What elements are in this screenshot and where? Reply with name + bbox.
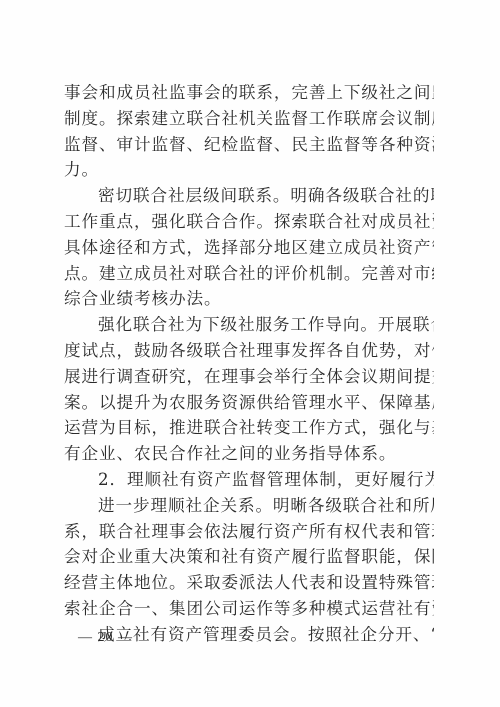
text-line: 展进行调查研究，在理事会举行全体会议期间提交有关建议方 xyxy=(64,364,434,390)
page-number: — 20 — xyxy=(78,628,133,648)
text-line: 案。以提升为农服务资源供给管理水平、保障基层服务体系建设 xyxy=(64,390,434,416)
paragraph: 密切联合社层级间联系。明确各级联合社的职责分工，突出 工作重点，强化联合合作。探… xyxy=(64,183,434,312)
text-line: 综合业绩考核办法。 xyxy=(64,286,434,312)
text-line: 工作重点，强化联合合作。探索联合社对成员社资产进行监管的 xyxy=(64,209,434,235)
paragraph: 强化联合社为下级社服务工作导向。开展联合社理事提案制 度试点，鼓励各级联合社理事… xyxy=(64,312,434,467)
text-line: 运营为目标，推进联合社转变工作方式，强化与基层供销社、社 xyxy=(64,415,434,441)
text-line: 索社企合一、集团公司运作等多种模式运营社有资产。 xyxy=(64,596,434,622)
text-line: 具体途径和方式，选择部分地区建立成员社资产管理信息系统试 xyxy=(64,235,434,261)
paragraph: 进一步理顺社企关系。明晰各级联合社和所属社有企业的关 系，联合社理事会依法履行资… xyxy=(64,493,434,622)
text-line: 强化联合社为下级社服务工作导向。开展联合社理事提案制 xyxy=(64,312,434,338)
text-line: 制度。探索建立联合社机关监督工作联席会议制度，整合监事会 xyxy=(64,106,434,132)
paragraph: 事会和成员社监事会的联系，完善上下级社之间监事会工作指导 制度。探索建立联合社机… xyxy=(64,80,434,183)
text-line: 有企业、农民合作社之间的业务指导体系。 xyxy=(64,441,434,467)
text-line: 力。 xyxy=(64,157,434,183)
section-heading: 2．理顺社有资产监督管理体制，更好履行为农服务职责。 xyxy=(64,467,434,493)
text-line: 会对企业重大决策和社有资产履行监督职能，保障社有企业市场 xyxy=(64,544,434,570)
text-line: 事会和成员社监事会的联系，完善上下级社之间监事会工作指导 xyxy=(64,80,434,106)
text-line: 进一步理顺社企关系。明晰各级联合社和所属社有企业的关 xyxy=(64,493,434,519)
document-page: 事会和成员社监事会的联系，完善上下级社之间监事会工作指导 制度。探索建立联合社机… xyxy=(0,0,500,707)
text-line: 密切联合社层级间联系。明确各级联合社的职责分工，突出 xyxy=(64,183,434,209)
body-text: 事会和成员社监事会的联系，完善上下级社之间监事会工作指导 制度。探索建立联合社机… xyxy=(64,80,434,648)
text-line: 度试点，鼓励各级联合社理事发挥各自优势，对供销合作事业发 xyxy=(64,338,434,364)
text-line: 系，联合社理事会依法履行资产所有权代表和管理者职责，监事 xyxy=(64,519,434,545)
text-line: 经营主体地位。采取委派法人代表和设置特殊管理股等办法，探 xyxy=(64,570,434,596)
text-line: 监督、审计监督、纪检监督、民主监督等各种资源，形成监督合 xyxy=(64,132,434,158)
section-heading-text: 2．理顺社有资产监督管理体制，更好履行为农服务职责。 xyxy=(64,467,434,493)
text-line: 点。建立成员社对联合社的评价机制。完善对市级供销合作社的 xyxy=(64,261,434,287)
